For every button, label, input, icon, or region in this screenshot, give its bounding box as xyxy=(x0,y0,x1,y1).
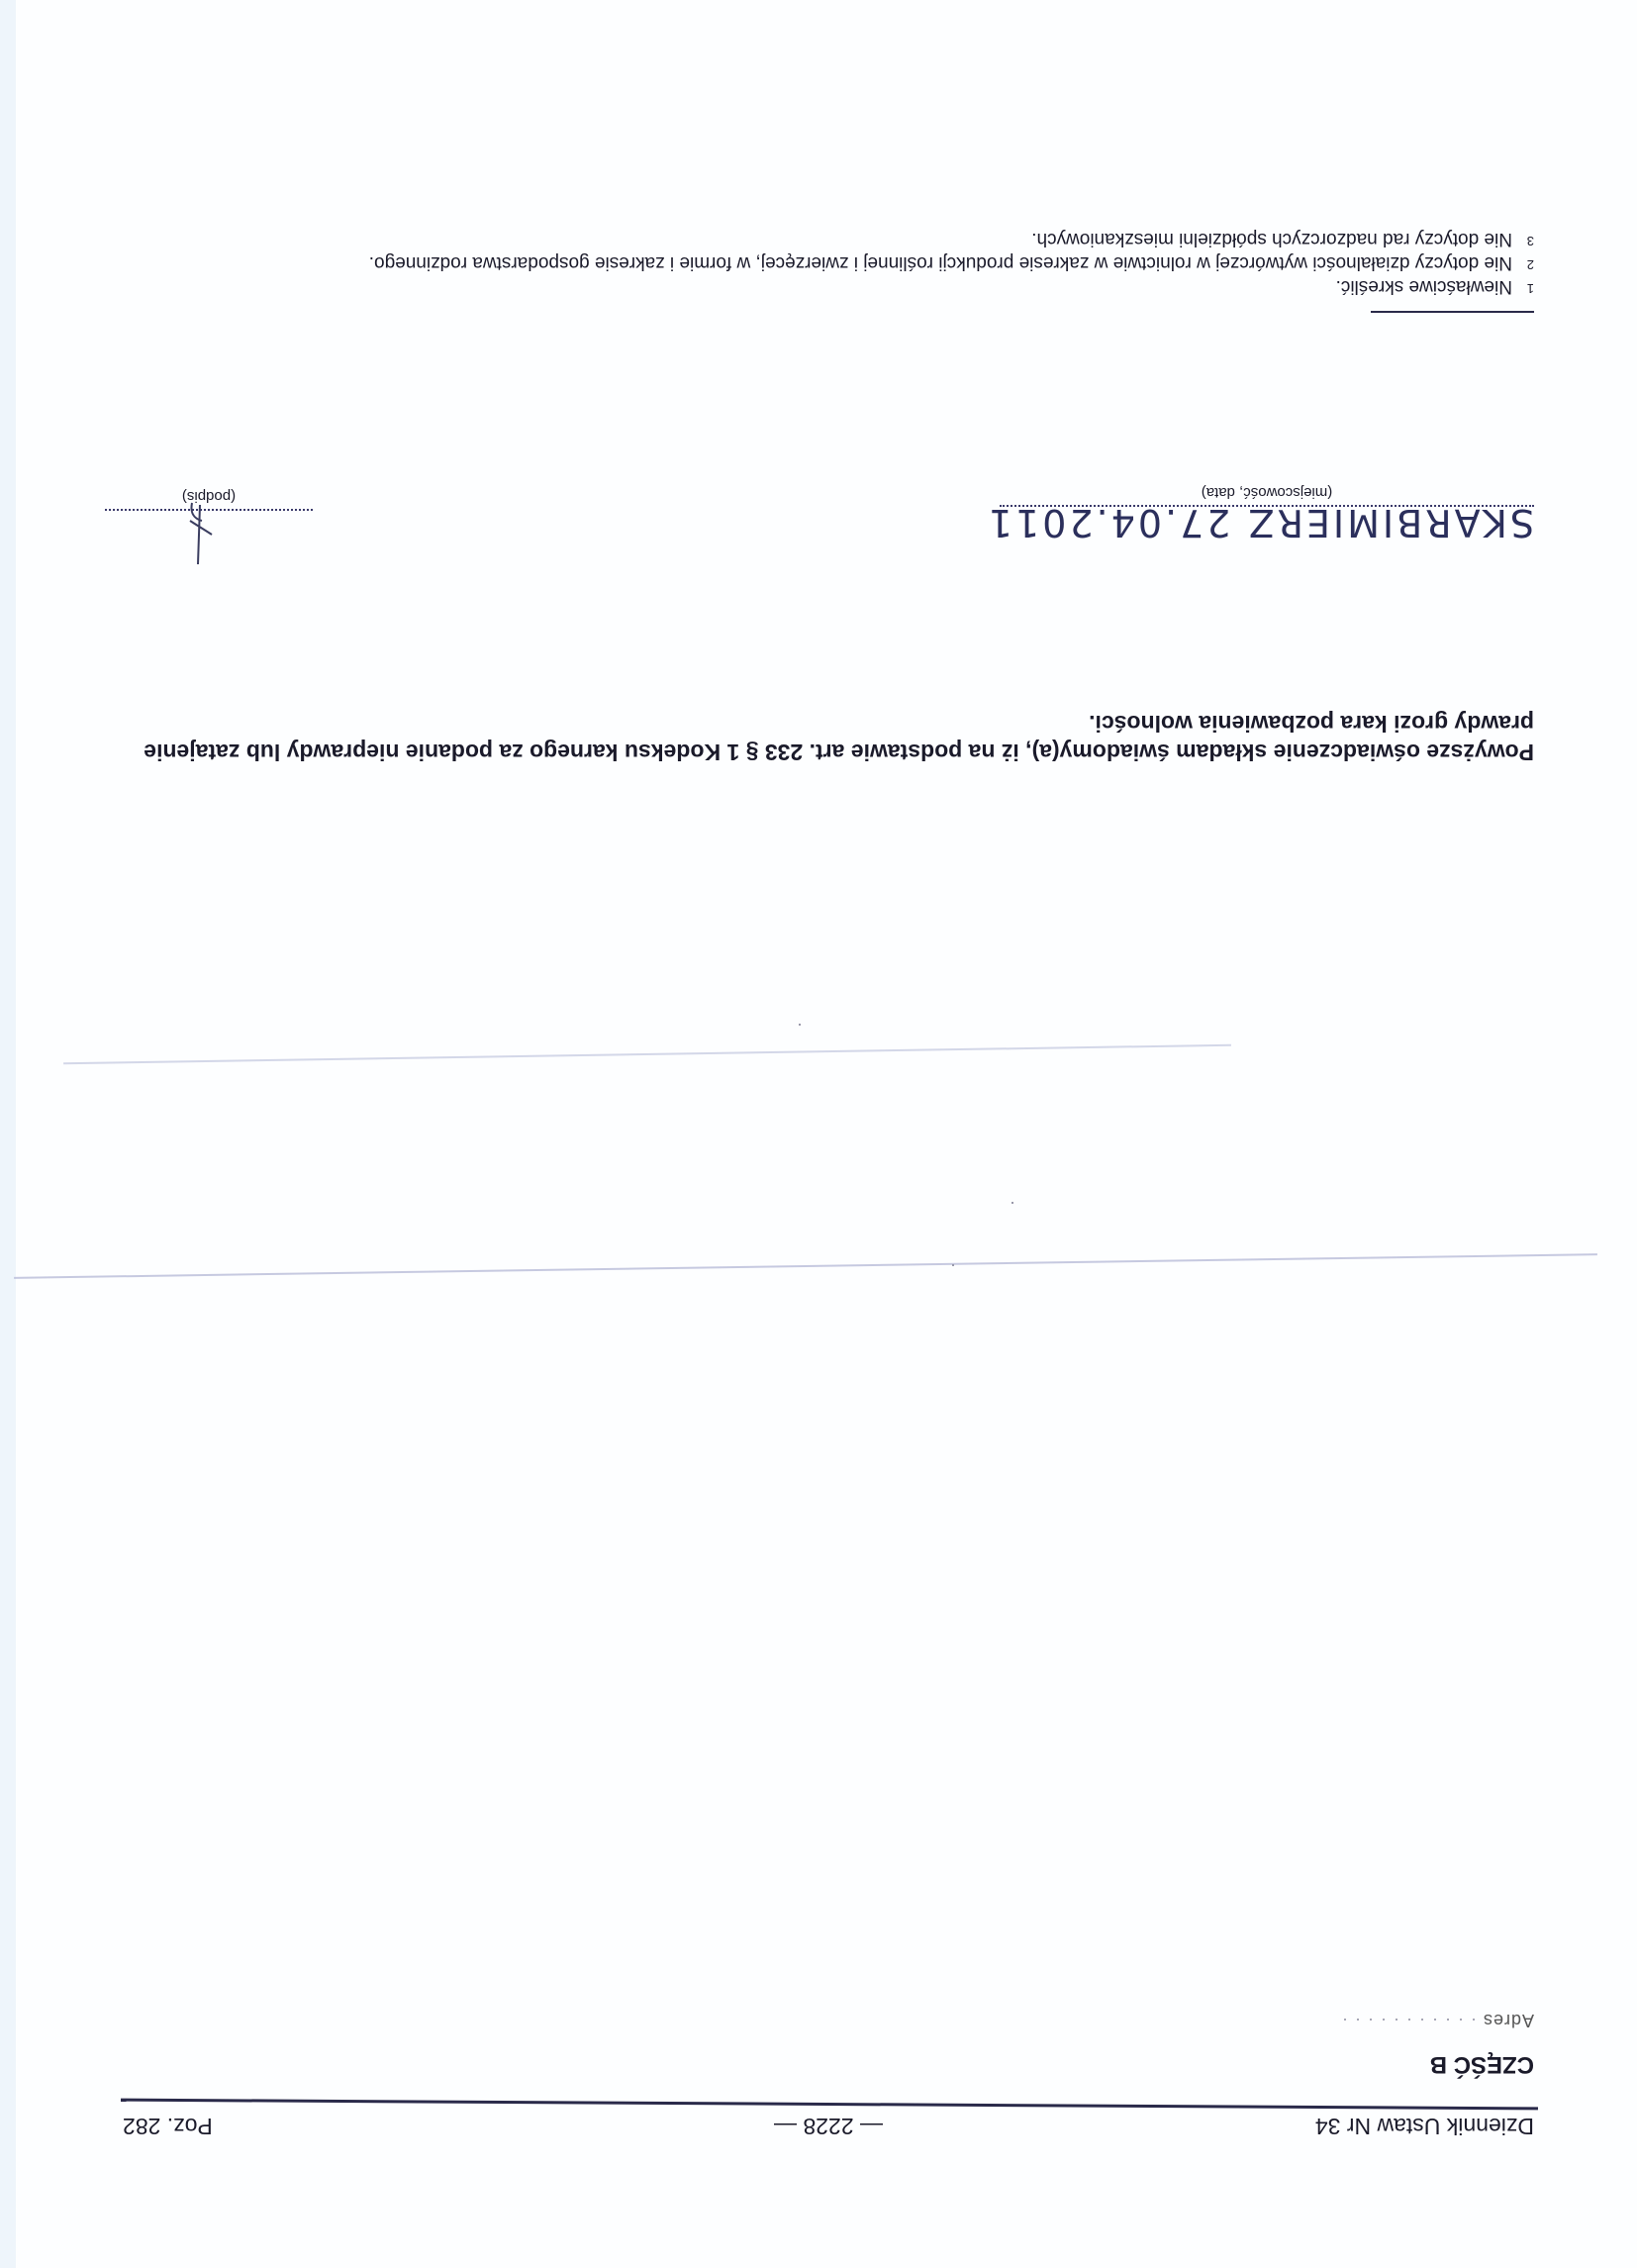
footnotes: 1Niewłaściwe skreślić. 2Nie dotyczy dzia… xyxy=(109,227,1534,298)
position-number: Poz. 282 xyxy=(123,2113,213,2139)
page-header: Dziennik Ustaw Nr 34 — 2228 — Poz. 282 xyxy=(123,2104,1534,2139)
page-number: — 2228 — xyxy=(123,2113,1534,2139)
scan-edge xyxy=(0,0,16,2268)
footnote: 2Nie dotyczy działalności wytwórczej w r… xyxy=(109,250,1534,274)
place-date-field: SKARBIMIERZ 27.04.2011 (miejscowość, dat… xyxy=(1019,484,1534,544)
section-title: CZĘŚĆ B xyxy=(1430,2050,1534,2078)
fold-line xyxy=(14,1253,1597,1279)
scan-speck xyxy=(952,1264,954,1266)
scan-speck xyxy=(1011,1202,1013,1204)
signature-field: (podpis) xyxy=(95,488,313,544)
address-dots: · · · · · · · · · · · xyxy=(1341,2011,1477,2030)
scanned-document-page: Dziennik Ustaw Nr 34 — 2228 — Poz. 282 C… xyxy=(0,0,1637,2268)
footnote: 3Nie dotyczy rad nadzorczych spółdzielni… xyxy=(109,227,1534,250)
address-label: Adres xyxy=(1483,2011,1534,2030)
address-field: Adres · · · · · · · · · · · xyxy=(1341,2010,1534,2030)
place-date-caption: (miejscowość, data) xyxy=(1000,484,1534,501)
fold-line xyxy=(63,1044,1231,1065)
scan-speck xyxy=(799,1024,801,1026)
footnote-rule xyxy=(1371,311,1534,313)
declaration-statement: Powyższe oświadczenie składam świadomy(a… xyxy=(109,709,1534,766)
handwritten-place-date: SKARBIMIERZ 27.04.2011 xyxy=(1019,501,1534,544)
signature-mark-icon xyxy=(180,465,220,564)
footnote: 1Niewłaściwe skreślić. xyxy=(109,274,1534,298)
